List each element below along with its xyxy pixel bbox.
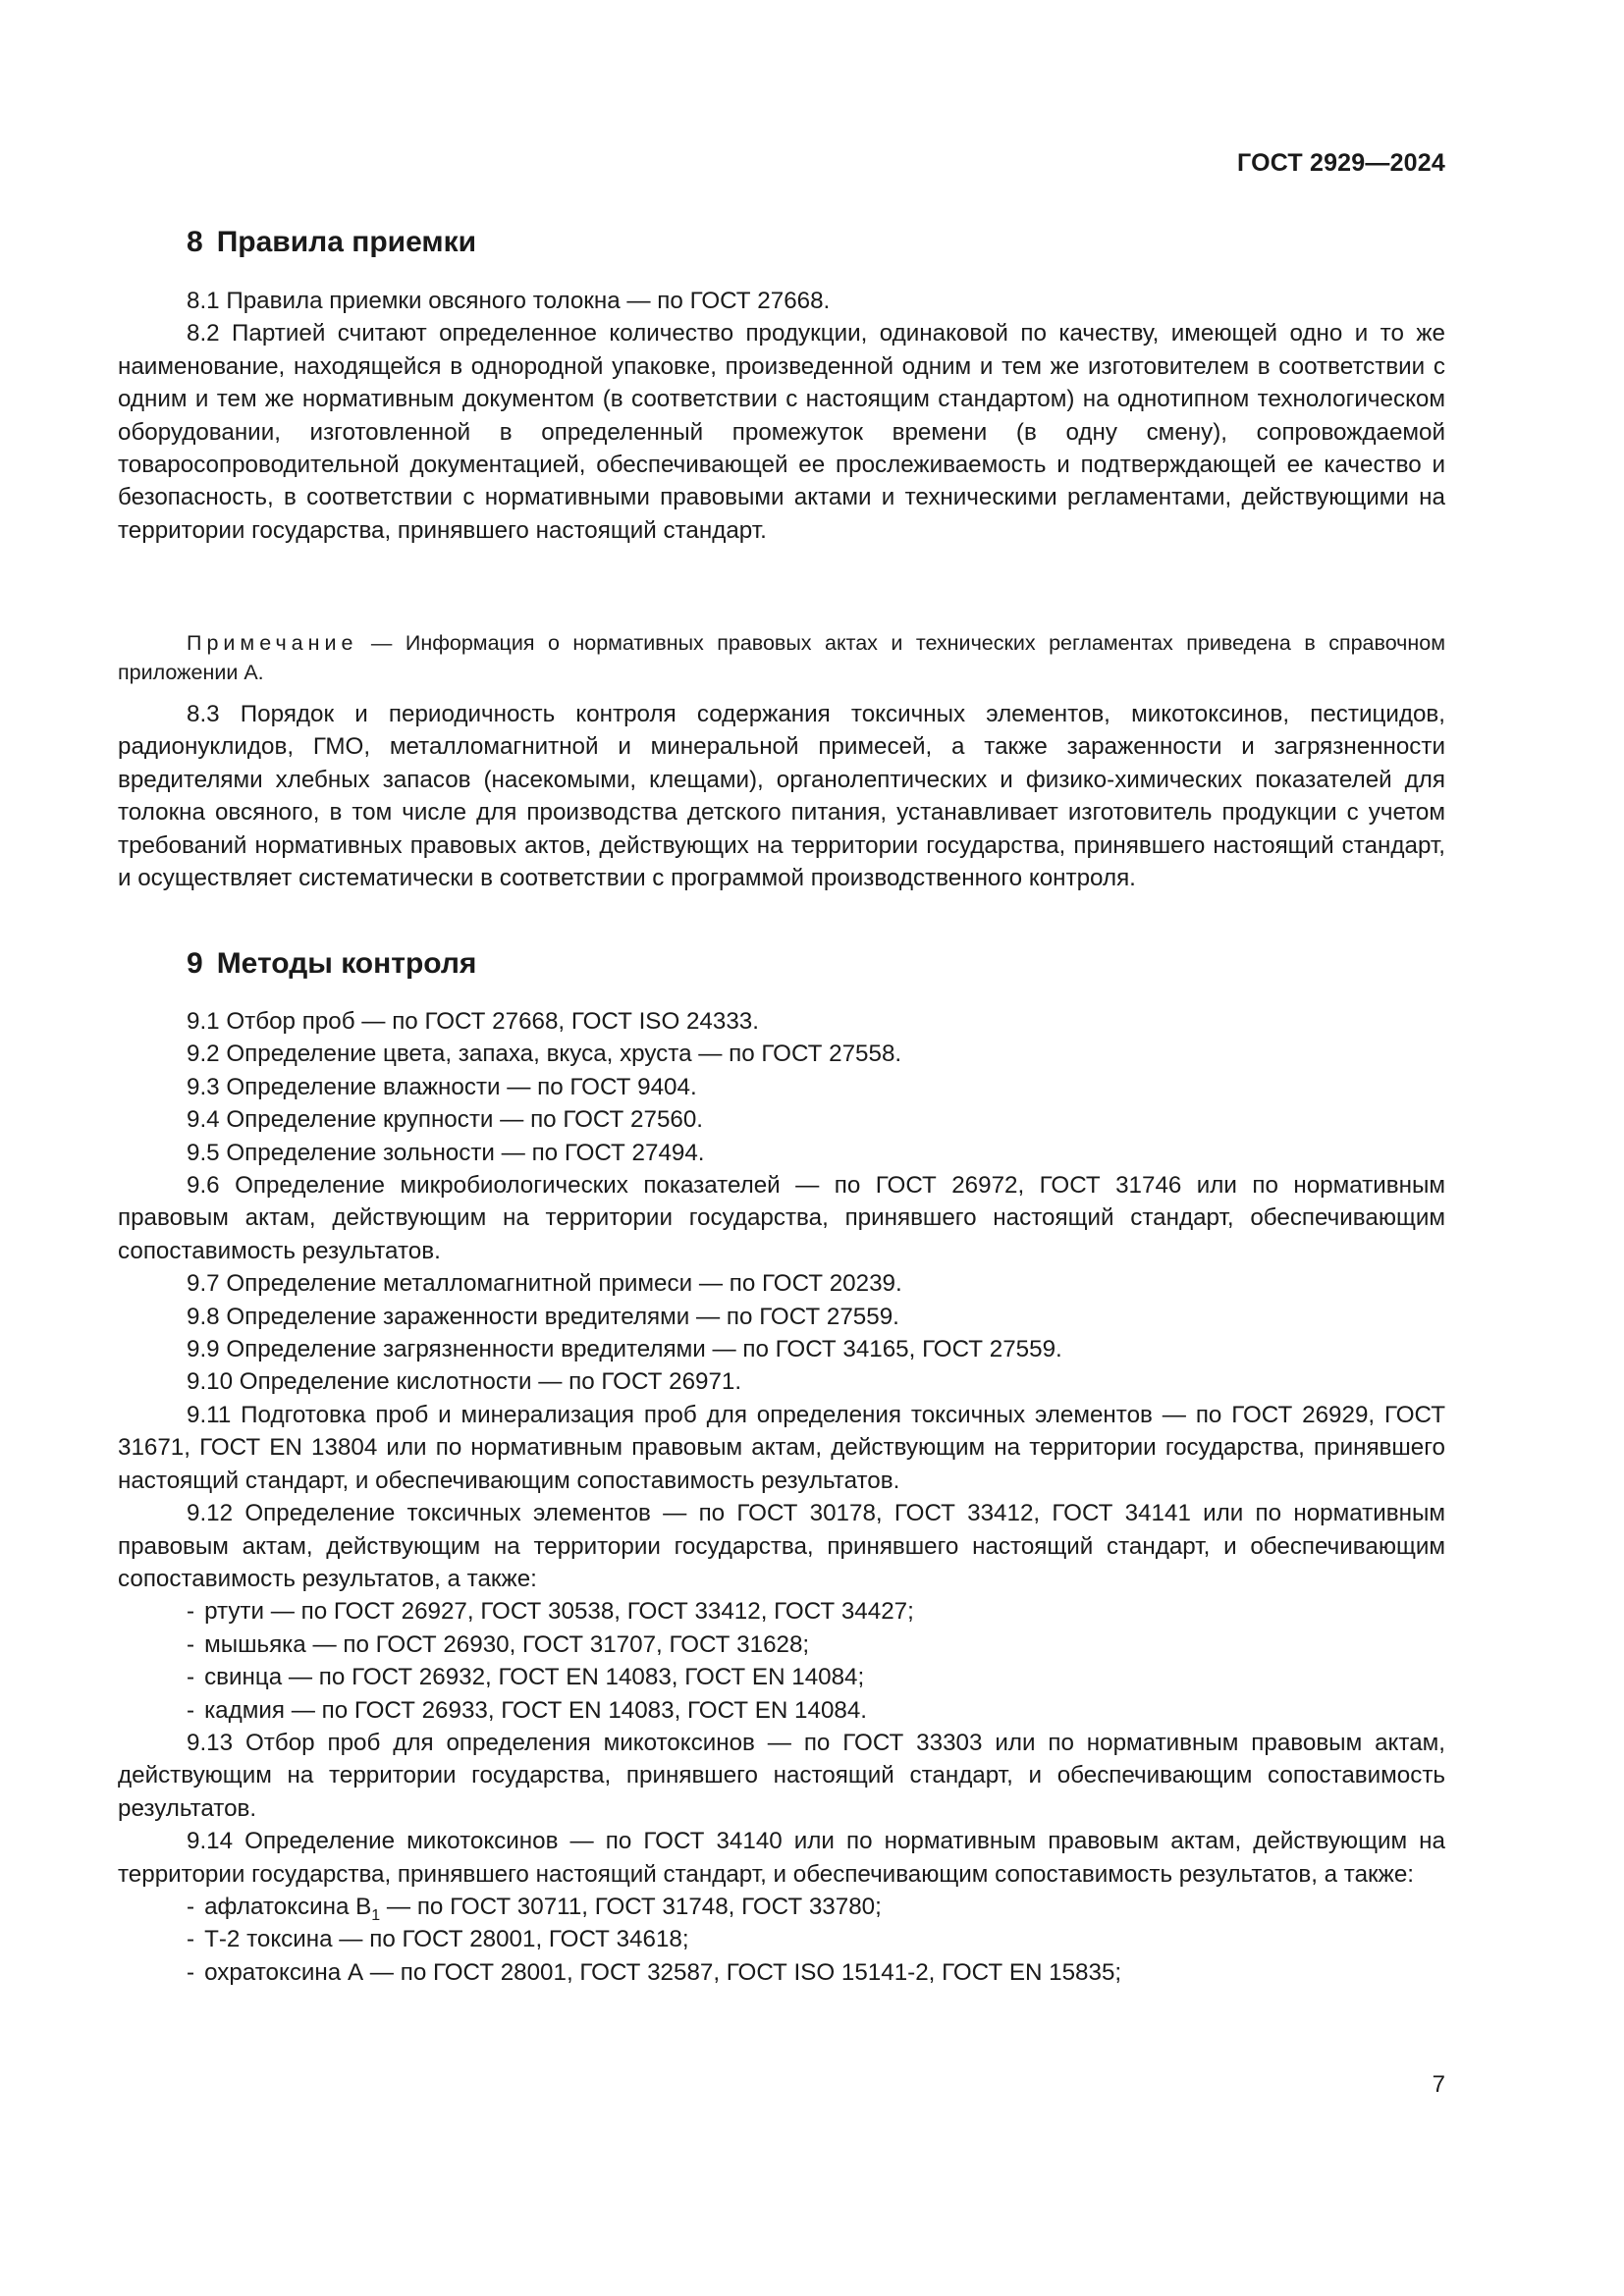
paragraph-9-8: 9.8 Определение зараженности вредителями… <box>118 1301 1445 1333</box>
section-title: Правила приемки <box>217 226 476 258</box>
list-item-text: ртути — по ГОСТ 26927, ГОСТ 30538, ГОСТ … <box>204 1598 914 1625</box>
list-item-text: Т-2 токсина — по ГОСТ 28001, ГОСТ 34618; <box>204 1926 689 1952</box>
dash-bullet: - <box>187 1598 194 1625</box>
section-8-heading: 8Правила приемки <box>187 226 476 259</box>
dash-bullet: - <box>187 1959 194 1986</box>
list-item-text: — по ГОСТ 30711, ГОСТ 31748, ГОСТ 33780; <box>380 1894 882 1920</box>
note-paragraph: Примечание — Информация о нормативных пр… <box>118 628 1445 687</box>
list-item-lead: -свинца — по ГОСТ 26932, ГОСТ EN 14083, … <box>118 1661 1445 1693</box>
section-8-body: 8.1 Правила приемки овсяного толокна — п… <box>118 285 1445 547</box>
paragraph-9-7: 9.7 Определение металломагнитной примеси… <box>118 1267 1445 1300</box>
list-item-text: афлатоксина B <box>204 1894 371 1920</box>
note: Примечание — Информация о нормативных пр… <box>118 628 1445 687</box>
section-title: Методы контроля <box>217 947 477 980</box>
paragraph-9-12: 9.12 Определение токсичных элементов — п… <box>118 1497 1445 1595</box>
paragraph-9-10: 9.10 Определение кислотности — по ГОСТ 2… <box>118 1365 1445 1398</box>
list-item-mercury: -ртути — по ГОСТ 26927, ГОСТ 30538, ГОСТ… <box>118 1595 1445 1628</box>
list-item-text: свинца — по ГОСТ 26932, ГОСТ EN 14083, Г… <box>204 1664 864 1690</box>
dash-bullet: - <box>187 1664 194 1690</box>
list-item-text: кадмия — по ГОСТ 26933, ГОСТ EN 14083, Г… <box>204 1697 867 1724</box>
list-item-cadmium: -кадмия — по ГОСТ 26933, ГОСТ EN 14083, … <box>118 1694 1445 1727</box>
dash-bullet: - <box>187 1894 194 1920</box>
list-item-aflatoxin: -афлатоксина B1 — по ГОСТ 30711, ГОСТ 31… <box>118 1891 1445 1923</box>
paragraph-8-1: 8.1 Правила приемки овсяного толокна — п… <box>118 285 1445 317</box>
section-number: 9 <box>187 947 203 980</box>
paragraph-9-14: 9.14 Определение микотоксинов — по ГОСТ … <box>118 1825 1445 1891</box>
paragraph-9-4: 9.4 Определение крупности — по ГОСТ 2756… <box>118 1103 1445 1136</box>
note-label: Примечание <box>187 631 357 655</box>
list-item-arsenic: -мышьяка — по ГОСТ 26930, ГОСТ 31707, ГО… <box>118 1629 1445 1661</box>
list-item-text: охратоксина А — по ГОСТ 28001, ГОСТ 3258… <box>204 1959 1121 1986</box>
paragraph-9-1: 9.1 Отбор проб — по ГОСТ 27668, ГОСТ ISO… <box>118 1005 1445 1038</box>
paragraph-9-9: 9.9 Определение загрязненности вредителя… <box>118 1333 1445 1365</box>
paragraph-9-13: 9.13 Отбор проб для определения микотокс… <box>118 1727 1445 1825</box>
paragraph-9-5: 9.5 Определение зольности — по ГОСТ 2749… <box>118 1137 1445 1169</box>
paragraph-9-2: 9.2 Определение цвета, запаха, вкуса, хр… <box>118 1038 1445 1070</box>
page-number: 7 <box>1433 2071 1445 2099</box>
section-9-heading: 9Методы контроля <box>187 947 476 981</box>
dash-bullet: - <box>187 1631 194 1658</box>
paragraph-9-11: 9.11 Подготовка проб и минерализация про… <box>118 1399 1445 1497</box>
paragraph-8-3: 8.3 Порядок и периодичность контроля сод… <box>118 698 1445 894</box>
dash-bullet: - <box>187 1926 194 1952</box>
list-item-ochratoxin: -охратоксина А — по ГОСТ 28001, ГОСТ 325… <box>118 1956 1445 1989</box>
subscript: 1 <box>371 1907 380 1924</box>
paragraph-8-3-block: 8.3 Порядок и периодичность контроля сод… <box>118 698 1445 894</box>
paragraph-9-3: 9.3 Определение влажности — по ГОСТ 9404… <box>118 1071 1445 1103</box>
list-item-t2-toxin: -Т-2 токсина — по ГОСТ 28001, ГОСТ 34618… <box>118 1923 1445 1955</box>
paragraph-9-6: 9.6 Определение микробиологических показ… <box>118 1169 1445 1267</box>
list-item-text: мышьяка — по ГОСТ 26930, ГОСТ 31707, ГОС… <box>204 1631 809 1658</box>
paragraph-8-2: 8.2 Партией считают определенное количес… <box>118 317 1445 547</box>
section-9-body: 9.1 Отбор проб — по ГОСТ 27668, ГОСТ ISO… <box>118 1005 1445 1989</box>
document-id: ГОСТ 2929—2024 <box>1237 149 1445 178</box>
dash-bullet: - <box>187 1697 194 1724</box>
section-number: 8 <box>187 226 203 258</box>
